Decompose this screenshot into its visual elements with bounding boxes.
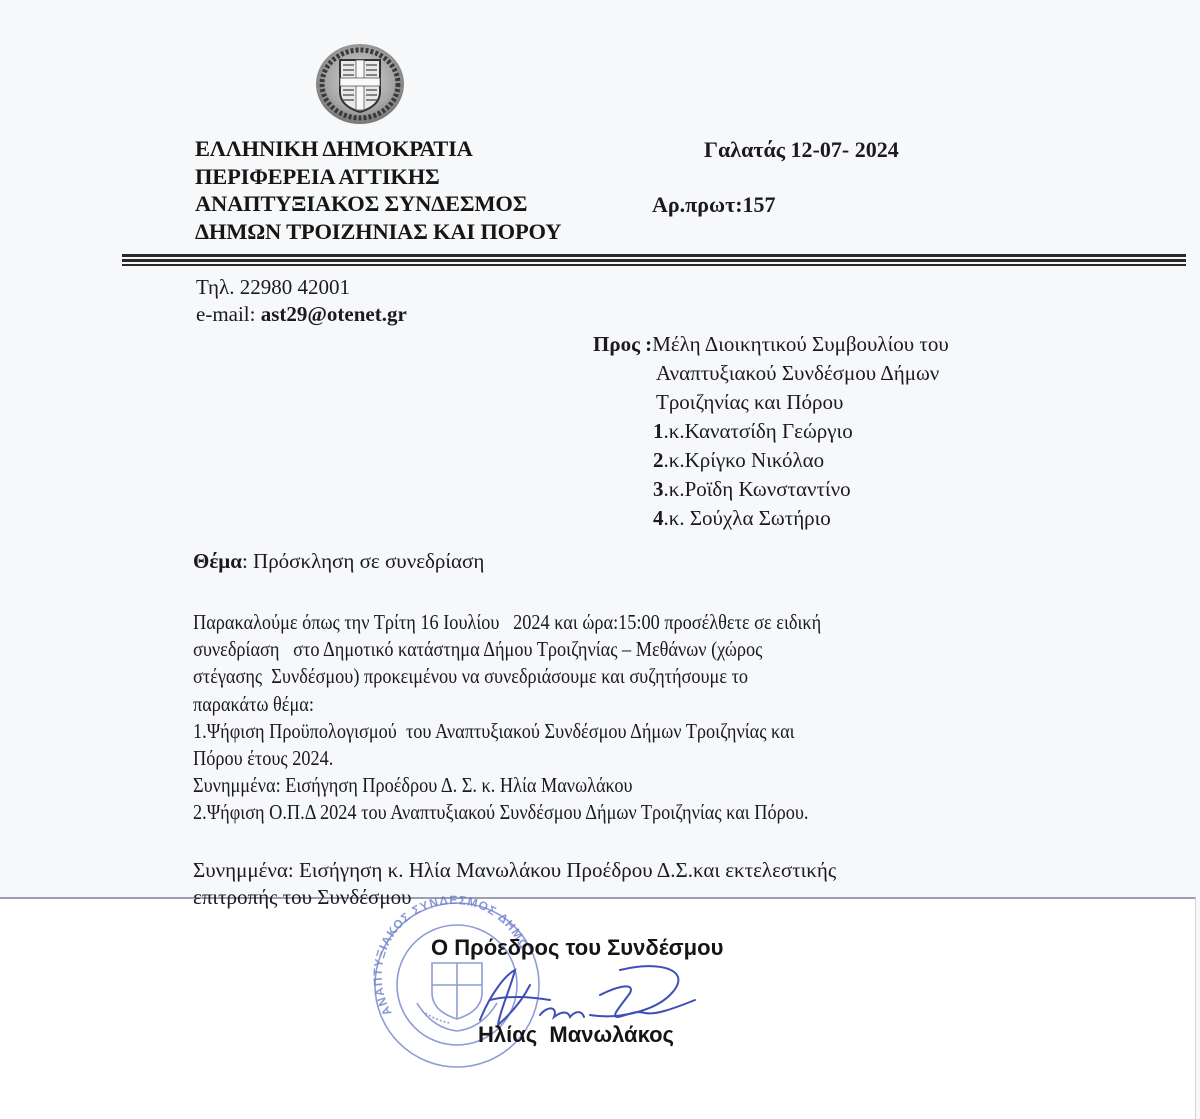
member-number: 3: [653, 477, 664, 501]
email-label: e-mail:: [196, 302, 261, 326]
member-number: 2: [653, 448, 664, 472]
issuer-line: ΑΝΑΠΤΥΞΙΑΚΟΣ ΣΥΝΔΕΣΜΟΣ: [195, 190, 561, 218]
recipients-line: Τροιζηνίας και Πόρου: [593, 388, 949, 417]
member-name: .κ.Κανατσίδη Γεώργιο: [664, 419, 853, 443]
header-divider: [122, 259, 1186, 262]
recipient-member: 1.κ.Κανατσίδη Γεώργιο: [593, 417, 949, 446]
header-divider: [122, 264, 1186, 266]
protocol-number: Αρ.πρωτ:157: [652, 192, 776, 218]
signatory-name: Ηλίας Μανωλάκος: [478, 1022, 674, 1048]
recipient-member: 4.κ. Σούχλα Σωτήριο: [593, 504, 949, 533]
issuer-block: ΕΛΛΗΝΙΚΗ ΔΗΜΟΚΡΑΤΙΑ ΠΕΡΙΦΕΡΕΙΑ ΑΤΤΙΚΗΣ Α…: [195, 135, 561, 245]
attachments-line: Συνημμένα: Εισήγηση κ. Ηλία Μανωλάκου Πρ…: [193, 857, 836, 884]
contact-block: Τηλ. 22980 42001 e-mail: ast29@otenet.gr: [196, 274, 407, 328]
body-paragraph: Παρακαλούμε όπως την Τρίτη 16 Ιουλίου 20…: [193, 609, 821, 827]
recipient-member: 3.κ.Ροϊδη Κωνσταντίνο: [593, 475, 949, 504]
member-number: 1: [653, 419, 664, 443]
recipients-block: Προς :Μέλη Διοικητικού Συμβουλίου του Αν…: [593, 330, 949, 533]
subject-text: : Πρόσκληση σε συνεδρίαση: [242, 549, 484, 573]
issuer-line: ΠΕΡΙΦΕΡΕΙΑ ΑΤΤΙΚΗΣ: [195, 163, 561, 191]
body-line: συνεδρίαση στο Δημοτικό κατάστημα Δήμου …: [193, 636, 821, 663]
header-divider: [122, 254, 1186, 257]
body-line: παρακάτω θέμα:: [193, 691, 821, 718]
agenda-item-1-cont: Πόρου έτους 2024.: [193, 745, 821, 772]
body-line: Παρακαλούμε όπως την Τρίτη 16 Ιουλίου 20…: [193, 609, 821, 636]
member-name: .κ. Σούχλα Σωτήριο: [664, 506, 831, 530]
issuer-line: ΔΗΜΩΝ ΤΡΟΙΖΗΝΙΑΣ ΚΑΙ ΠΟΡΟΥ: [195, 218, 561, 246]
member-number: 4: [653, 506, 664, 530]
body-line: στέγασης Συνδέσμου) προκειμένου να συνεδ…: [193, 663, 821, 690]
recipients-label: Προς :: [593, 332, 652, 356]
recipients-line: Προς :Μέλη Διοικητικού Συμβουλίου του: [593, 330, 949, 359]
greek-coat-of-arms-icon: [310, 40, 410, 130]
subject-line: Θέμα: Πρόσκληση σε συνεδρίαση: [193, 549, 484, 574]
place-date: Γαλατάς 12-07- 2024: [704, 137, 899, 163]
recipients-text: Μέλη Διοικητικού Συμβουλίου του: [652, 332, 949, 356]
email-line: e-mail: ast29@otenet.gr: [196, 301, 407, 328]
recipient-member: 2.κ.Κρίγκο Νικόλαο: [593, 446, 949, 475]
agenda-item-1-attachment: Συνημμένα: Εισήγηση Προέδρου Δ. Σ. κ. Ηλ…: [193, 772, 821, 799]
recipients-line: Αναπτυξιακού Συνδέσμου Δήμων: [593, 359, 949, 388]
issuer-line: ΕΛΛΗΝΙΚΗ ΔΗΜΟΚΡΑΤΙΑ: [195, 135, 561, 163]
agenda-item-2: 2.Ψήφιση Ο.Π.Δ 2024 του Αναπτυξιακού Συν…: [193, 799, 821, 826]
member-name: .κ.Κρίγκο Νικόλαο: [664, 448, 825, 472]
phone: Τηλ. 22980 42001: [196, 274, 407, 301]
agenda-item-1: 1.Ψήφιση Προϋπολογισμού του Αναπτυξιακού…: [193, 718, 821, 745]
subject-label: Θέμα: [193, 549, 242, 573]
email-address[interactable]: ast29@otenet.gr: [261, 302, 407, 326]
member-name: .κ.Ροϊδη Κωνσταντίνο: [664, 477, 851, 501]
